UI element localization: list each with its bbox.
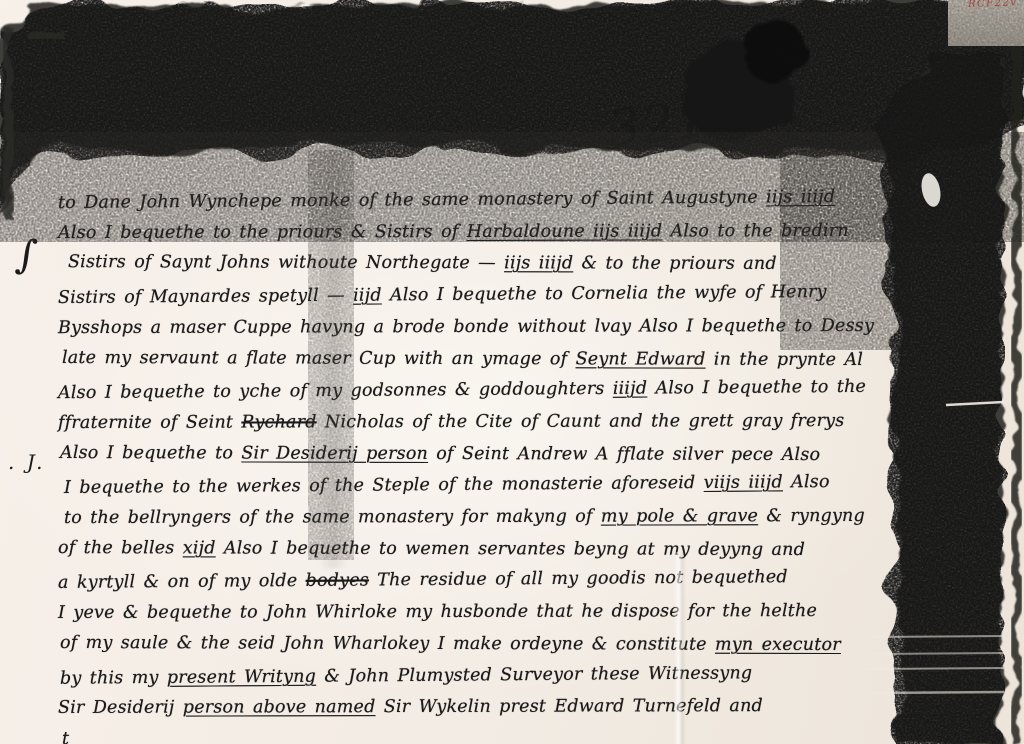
manuscript-segment: t — [62, 729, 69, 744]
manuscript-line: ffraternite of Seint Rychard Nicholas of… — [58, 411, 844, 433]
manuscript-segment: ffraternite of Seint — [58, 412, 241, 432]
manuscript-line: late my servaunt a flate maser Cup with … — [62, 347, 863, 369]
manuscript-line: Also I bequethe to the priours & Sistirs… — [58, 221, 849, 243]
manuscript-segment: Seynt Edward — [576, 349, 706, 369]
page-number: 321. — [605, 88, 730, 158]
paper-crease — [318, 138, 348, 568]
manuscript-line: I yeve & bequethe to John Whirloke my hu… — [58, 601, 817, 623]
manuscript-line: Sistirs of Saynt Johns withoute Northega… — [68, 252, 777, 274]
manuscript-segment: Also I bequethe to wemen servantes beyng… — [216, 538, 805, 560]
manuscript-segment: viijs iiijd — [704, 473, 783, 494]
manuscript-segment: to Dane John Wynchepe monke of the same … — [58, 187, 766, 213]
manuscript-segment: person above named — [183, 697, 376, 718]
manuscript-segment: myn executor — [715, 634, 841, 654]
manuscript-segment: iijs iiijd — [504, 254, 573, 274]
manuscript-segment: by this my — [60, 667, 167, 688]
manuscript-line: by this my present Writyng & John Plumys… — [60, 663, 752, 688]
manuscript-segment: Nicholas of the Cite of Caunt and the gr… — [317, 411, 845, 432]
paper-crease — [674, 552, 686, 744]
manuscript-segment: iijs iiijd — [766, 187, 835, 208]
manuscript-segment: Also I bequethe to — [60, 443, 241, 463]
manuscript-segment: xijd — [183, 538, 216, 558]
manuscript-line: of the belles xijd Also I bequethe to we… — [58, 538, 805, 560]
manuscript-segment: of my saule & the seid John Wharlokey I … — [60, 633, 715, 655]
manuscript-segment: Sir Wykelin prest Edward Turnefeld and — [375, 696, 762, 717]
manuscript-segment: The residue of all my goodis not bequeth… — [369, 568, 788, 591]
photocopied-manuscript-page: to Dane John Wynchepe monke of the same … — [0, 0, 1024, 744]
manuscript-line: Sistirs of Maynardes spetyll — iijd Also… — [58, 282, 827, 308]
manuscript-segment: Also I bequethe to Cornelia the wyfe of … — [382, 282, 827, 305]
manuscript-line: of my saule & the seid John Wharlokey I … — [60, 633, 841, 655]
manuscript-segment: bodyes — [306, 571, 370, 591]
manuscript-line: to Dane John Wynchepe monke of the same … — [58, 187, 835, 213]
manuscript-segment: Rychard — [241, 412, 316, 432]
manuscript-segment: of Seint Andrew A fflate silver pece Als… — [428, 444, 820, 465]
manuscript-text: to Dane John Wynchepe monke of the same … — [0, 0, 1024, 744]
manuscript-segment: iijd — [353, 286, 382, 306]
manuscript-line: Bysshops a maser Cuppe havyng a brode bo… — [58, 316, 874, 338]
manuscript-line: Also I bequethe to yche of my godsonnes … — [58, 377, 866, 403]
manuscript-line: to the bellryngers of the same monastery… — [64, 506, 865, 528]
manuscript-segment: Sistirs of Saynt Johns withoute Northega… — [68, 252, 504, 273]
manuscript-segment: & John Plumysted Surveyor these Witnessy… — [316, 663, 752, 686]
manuscript-segment: Also to the bredirn — [662, 221, 849, 241]
manuscript-segment: Also I bequethe to the priours & Sistirs… — [58, 222, 467, 243]
manuscript-segment: & to the priours and — [573, 254, 777, 275]
manuscript-segment: I yeve & bequethe to John Whirloke my hu… — [58, 601, 817, 623]
manuscript-segment: I bequethe to the werkes of the Steple o… — [64, 473, 704, 498]
manuscript-line: I bequethe to the werkes of the Steple o… — [64, 472, 830, 498]
manuscript-segment: present Writyng — [167, 666, 316, 687]
manuscript-segment: a kyrtyll & on of my olde — [58, 571, 306, 593]
manuscript-segment: Sir Desiderij — [58, 698, 183, 718]
margin-j-mark: . J. — [8, 450, 46, 474]
manuscript-segment: iiijd — [613, 379, 648, 399]
manuscript-segment: Also — [783, 472, 830, 492]
manuscript-segment: Sistirs of Maynardes spetyll — — [58, 286, 353, 308]
manuscript-segment: my pole & grave — [601, 506, 758, 526]
manuscript-segment: Also I bequethe to the — [647, 377, 866, 399]
manuscript-segment: Bysshops a maser Cuppe havyng a brode bo… — [58, 316, 874, 338]
manuscript-segment: Harbaldoune iijs iiijd — [467, 221, 663, 242]
manuscript-line: Also I bequethe to Sir Desiderij person … — [60, 443, 820, 465]
manuscript-line: t — [62, 729, 69, 744]
manuscript-line: Sir Desiderij person above named Sir Wyk… — [58, 696, 763, 718]
manuscript-segment: in the prynte Al — [706, 349, 864, 369]
manuscript-segment: of the belles — [58, 538, 183, 558]
manuscript-segment: & ryngyng — [758, 506, 865, 526]
